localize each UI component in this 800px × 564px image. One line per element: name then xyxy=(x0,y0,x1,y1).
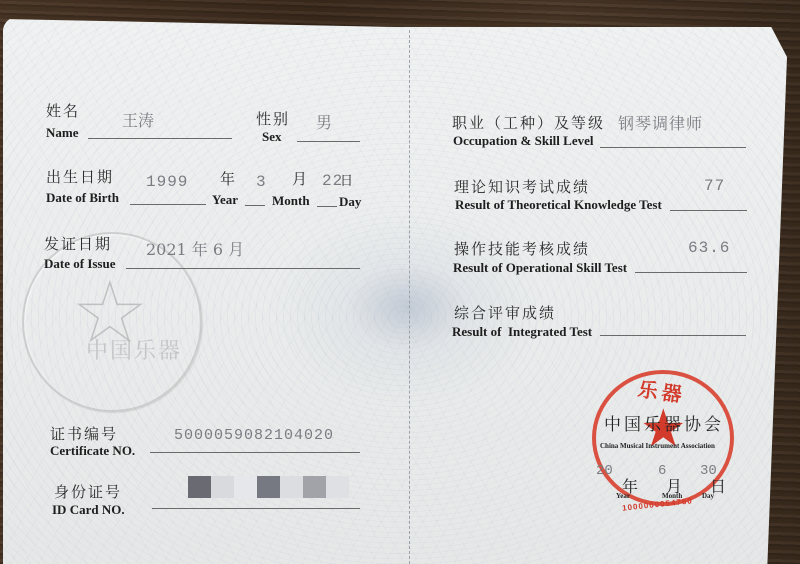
theoretical-value: 77 xyxy=(704,177,725,195)
redaction-block xyxy=(234,476,257,498)
dob-year-value: 1999 xyxy=(146,173,188,191)
dob-label-en: Date of Birth xyxy=(46,190,119,206)
issue-label-cn: 发证日期 xyxy=(44,233,112,254)
occupation-label-cn: 职业（工种）及等级 xyxy=(452,112,605,133)
integrated-label-en: Result of Integrated Test xyxy=(452,324,592,340)
dob-month-value: 3 xyxy=(256,173,267,191)
occupation-value: 钢琴调律师 xyxy=(618,111,703,134)
certificate-no-label-en: Certificate NO. xyxy=(50,443,135,459)
operational-label-cn: 操作技能考核成绩 xyxy=(454,238,590,259)
official-stamp: 乐器 ★ 中国乐器协会 China Musical Instrument Ass… xyxy=(590,370,740,510)
redaction-block xyxy=(188,476,211,498)
id-card-label-en: ID Card NO. xyxy=(52,502,125,518)
certificate-no-value: 5000059082104020 xyxy=(174,427,334,444)
theoretical-label-en: Result of Theoretical Knowledge Test xyxy=(455,197,662,213)
issue-underline xyxy=(126,268,360,269)
name-label-en: Name xyxy=(46,125,79,141)
theoretical-underline xyxy=(670,210,747,211)
dob-year-underline xyxy=(130,204,206,205)
dob-year-cn: 年 xyxy=(220,168,237,189)
issue-label-en: Date of Issue xyxy=(44,256,116,272)
certificate-no-label-cn: 证书编号 xyxy=(50,423,118,444)
id-card-underline xyxy=(152,508,360,509)
dob-month-underline xyxy=(245,205,265,206)
name-value: 王涛 xyxy=(122,108,154,131)
spine-stitching xyxy=(409,30,410,564)
sex-value: 男 xyxy=(316,110,332,133)
sex-label-cn: 性别 xyxy=(256,108,290,129)
dob-day-underline xyxy=(317,206,337,207)
certificate-no-underline xyxy=(150,452,360,453)
occupation-label-en: Occupation & Skill Level xyxy=(453,133,593,149)
operational-underline xyxy=(635,272,747,273)
stamp-year-en: Year xyxy=(616,492,630,500)
sex-label-en: Sex xyxy=(262,129,282,145)
stamp-day-en: Day xyxy=(702,492,714,500)
stamp-org-name-en: China Musical Instrument Association xyxy=(600,442,715,450)
occupation-underline xyxy=(600,147,746,148)
redaction-block xyxy=(280,476,303,498)
dob-day-cn: 日 xyxy=(340,170,355,189)
dob-month-en: Month xyxy=(272,193,310,209)
id-card-label-cn: 身份证号 xyxy=(54,481,122,502)
operational-label-en: Result of Operational Skill Test xyxy=(453,260,627,276)
name-label-cn: 姓名 xyxy=(46,100,80,121)
dob-month-cn: 月 xyxy=(292,168,309,189)
issue-value: 2021 年 6 月 xyxy=(146,237,244,260)
integrated-label-cn: 综合评审成绩 xyxy=(454,302,556,323)
redaction-block xyxy=(211,476,234,498)
integrated-underline xyxy=(600,335,746,336)
dob-year-en: Year xyxy=(212,192,238,208)
sex-underline xyxy=(297,141,360,142)
dob-day-en: Day xyxy=(339,194,361,210)
dob-label-cn: 出生日期 xyxy=(46,166,114,187)
theoretical-label-cn: 理论知识考试成绩 xyxy=(454,176,590,197)
redaction-block xyxy=(303,476,326,498)
redaction-block xyxy=(326,476,349,498)
redaction-block xyxy=(257,476,280,498)
name-underline xyxy=(88,138,232,139)
operational-value: 63.6 xyxy=(688,239,730,257)
embossed-seal-text: 中国乐器 xyxy=(86,334,182,365)
stamp-org-name-cn: 中国乐器协会 xyxy=(604,410,724,435)
stamp-year-value: 20 xyxy=(596,463,613,479)
